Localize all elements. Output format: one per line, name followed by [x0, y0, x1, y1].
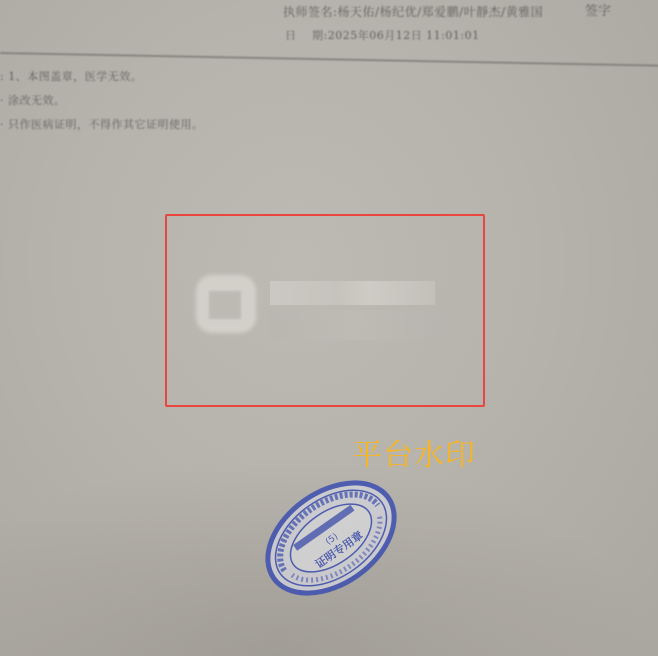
watermark-label: 平台水印 [352, 430, 476, 474]
date-line: 日 期:2025年06月12日 11:01:01 [285, 27, 480, 43]
signature-handwriting: 签字 [585, 0, 611, 19]
signature-line: 执师签名:杨天佑/杨纪优/郑爱鹏/叶靜杰/黄雅国 [283, 3, 543, 20]
document-photo: 执师签名:杨天佑/杨纪优/郑爱鹏/叶靜杰/黄雅国 签字 日 期:2025年06月… [0, 0, 658, 656]
note-line: · 只作医病证明，不得作其它证明使用。 [0, 116, 204, 132]
official-seal-icon: (5) 证明专用章 [256, 476, 406, 601]
note-line: : 1、本图盖章，医学无效。 [0, 68, 142, 84]
watermark-highlight-box [165, 214, 485, 407]
divider-line [0, 52, 658, 67]
note-line: · 涂改无效。 [0, 92, 66, 108]
